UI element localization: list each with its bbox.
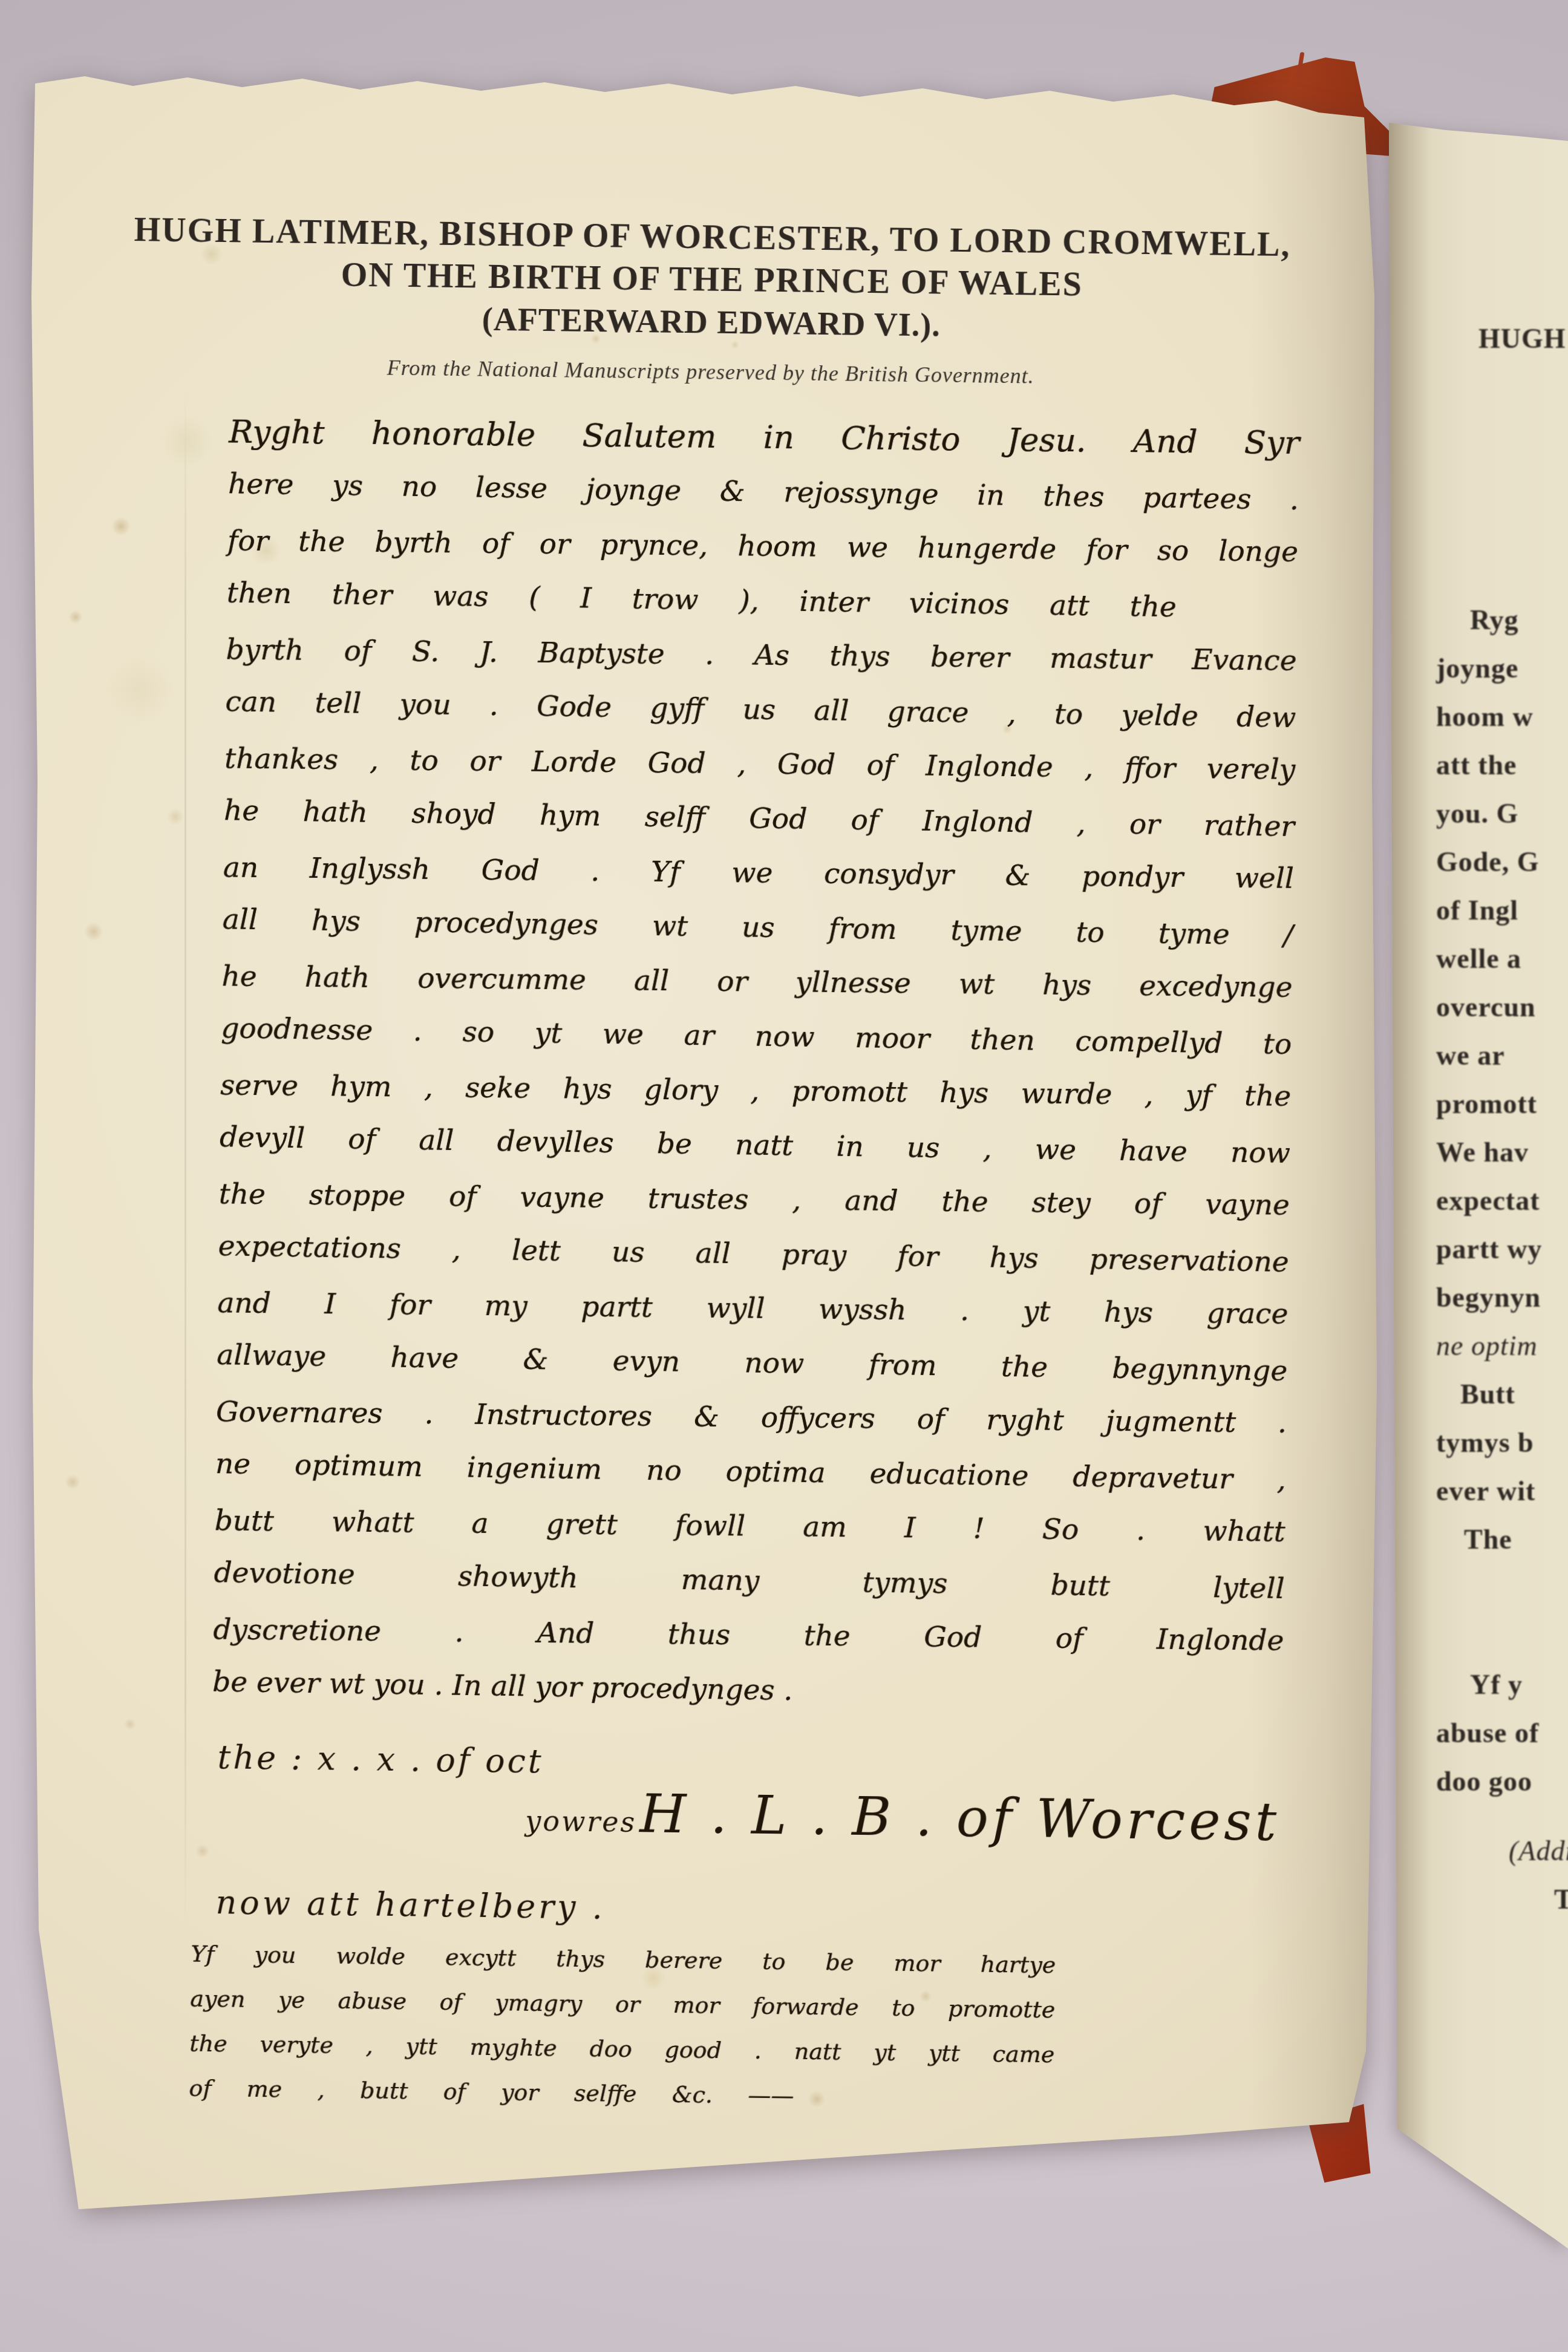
- transcription-line-fragment: Butt: [1460, 1370, 1568, 1419]
- manuscript-line: be ever wt you . In all yor procedynges …: [212, 1655, 999, 1722]
- transcription-line-fragment: expectat: [1436, 1177, 1568, 1225]
- transcription-line-fragment: Yf y: [1470, 1661, 1568, 1709]
- transcription-line-fragment: ever wit: [1436, 1467, 1568, 1515]
- transcription-line-fragment: tymys b: [1436, 1419, 1568, 1467]
- signature-prefix: yowres: [525, 1805, 637, 1838]
- transcription-line-fragment: (Addr: [1509, 1827, 1568, 1875]
- transcription-line-fragment: of Ingl: [1436, 886, 1568, 935]
- facsimile-content: HUGH LATIMER, BISHOP OF WORCESTER, TO LO…: [6, 49, 1393, 2232]
- manuscript-body: Ryght honorable Salutem in Christo Jesu.…: [212, 403, 1300, 1724]
- transcription-line-fragment: We hav: [1436, 1128, 1568, 1177]
- transcription-line-fragment: The: [1464, 1515, 1568, 1564]
- transcription-page: HUGHRygjoyngehoom watt theyou. GGode, Go…: [1373, 118, 1568, 2249]
- manuscript-place-line: now att hartelbery .: [215, 1883, 606, 1926]
- manuscript-signature: yowres H . L . B . of Worcest: [525, 1781, 1281, 1853]
- transcription-line-fragment: overcun: [1436, 983, 1568, 1031]
- transcription-line-fragment: begynyn: [1436, 1273, 1568, 1322]
- transcription-line-fragment: you. G: [1436, 789, 1568, 838]
- transcription-line-fragment: T: [1554, 1875, 1568, 1924]
- transcription-line-fragment: abuse of: [1436, 1709, 1568, 1757]
- transcription-line-fragment: hoom w: [1436, 693, 1568, 741]
- manuscript-postscript: Yf you wolde excytt thys berere to be mo…: [189, 1932, 1056, 2122]
- facsimile-page-wrap: HUGH LATIMER, BISHOP OF WORCESTER, TO LO…: [30, 54, 1388, 2220]
- transcription-line-fragment: joynge: [1436, 644, 1568, 693]
- transcription-line-fragment: att the: [1436, 741, 1568, 789]
- transcription-text-fragments: HUGHRygjoyngehoom watt theyou. GGode, Go…: [1436, 315, 1568, 1924]
- transcription-line-fragment: partt wy: [1436, 1225, 1568, 1273]
- book-photograph: HUGH LATIMER, BISHOP OF WORCESTER, TO LO…: [0, 0, 1568, 2352]
- transcription-line-fragment: doo goo: [1436, 1757, 1568, 1806]
- transcription-line-fragment: we ar: [1436, 1031, 1568, 1080]
- transcription-line-fragment: promott: [1436, 1080, 1568, 1128]
- transcription-line-fragment: welle a: [1436, 935, 1568, 983]
- postscript-line: of me , butt of yor selffe &c. ——: [189, 2066, 794, 2118]
- transcription-line-fragment: Gode, G: [1436, 838, 1568, 886]
- printed-heading: HUGH LATIMER, BISHOP OF WORCESTER, TO LO…: [103, 208, 1321, 392]
- signature-initials: H . L . B . of Worcest: [639, 1782, 1281, 1853]
- facsimile-page: HUGH LATIMER, BISHOP OF WORCESTER, TO LO…: [30, 54, 1388, 2220]
- manuscript-date-line: the : x . x . of oct: [217, 1738, 544, 1780]
- transcription-line-fragment: Ryg: [1470, 596, 1568, 644]
- transcription-page-wrap: HUGHRygjoyngehoom watt theyou. GGode, Go…: [1373, 118, 1568, 2249]
- transcription-line-fragment: ne optim: [1436, 1322, 1568, 1370]
- transcription-line-fragment: HUGH: [1478, 315, 1568, 363]
- source-note: From the National Manuscripts preserved …: [103, 351, 1319, 392]
